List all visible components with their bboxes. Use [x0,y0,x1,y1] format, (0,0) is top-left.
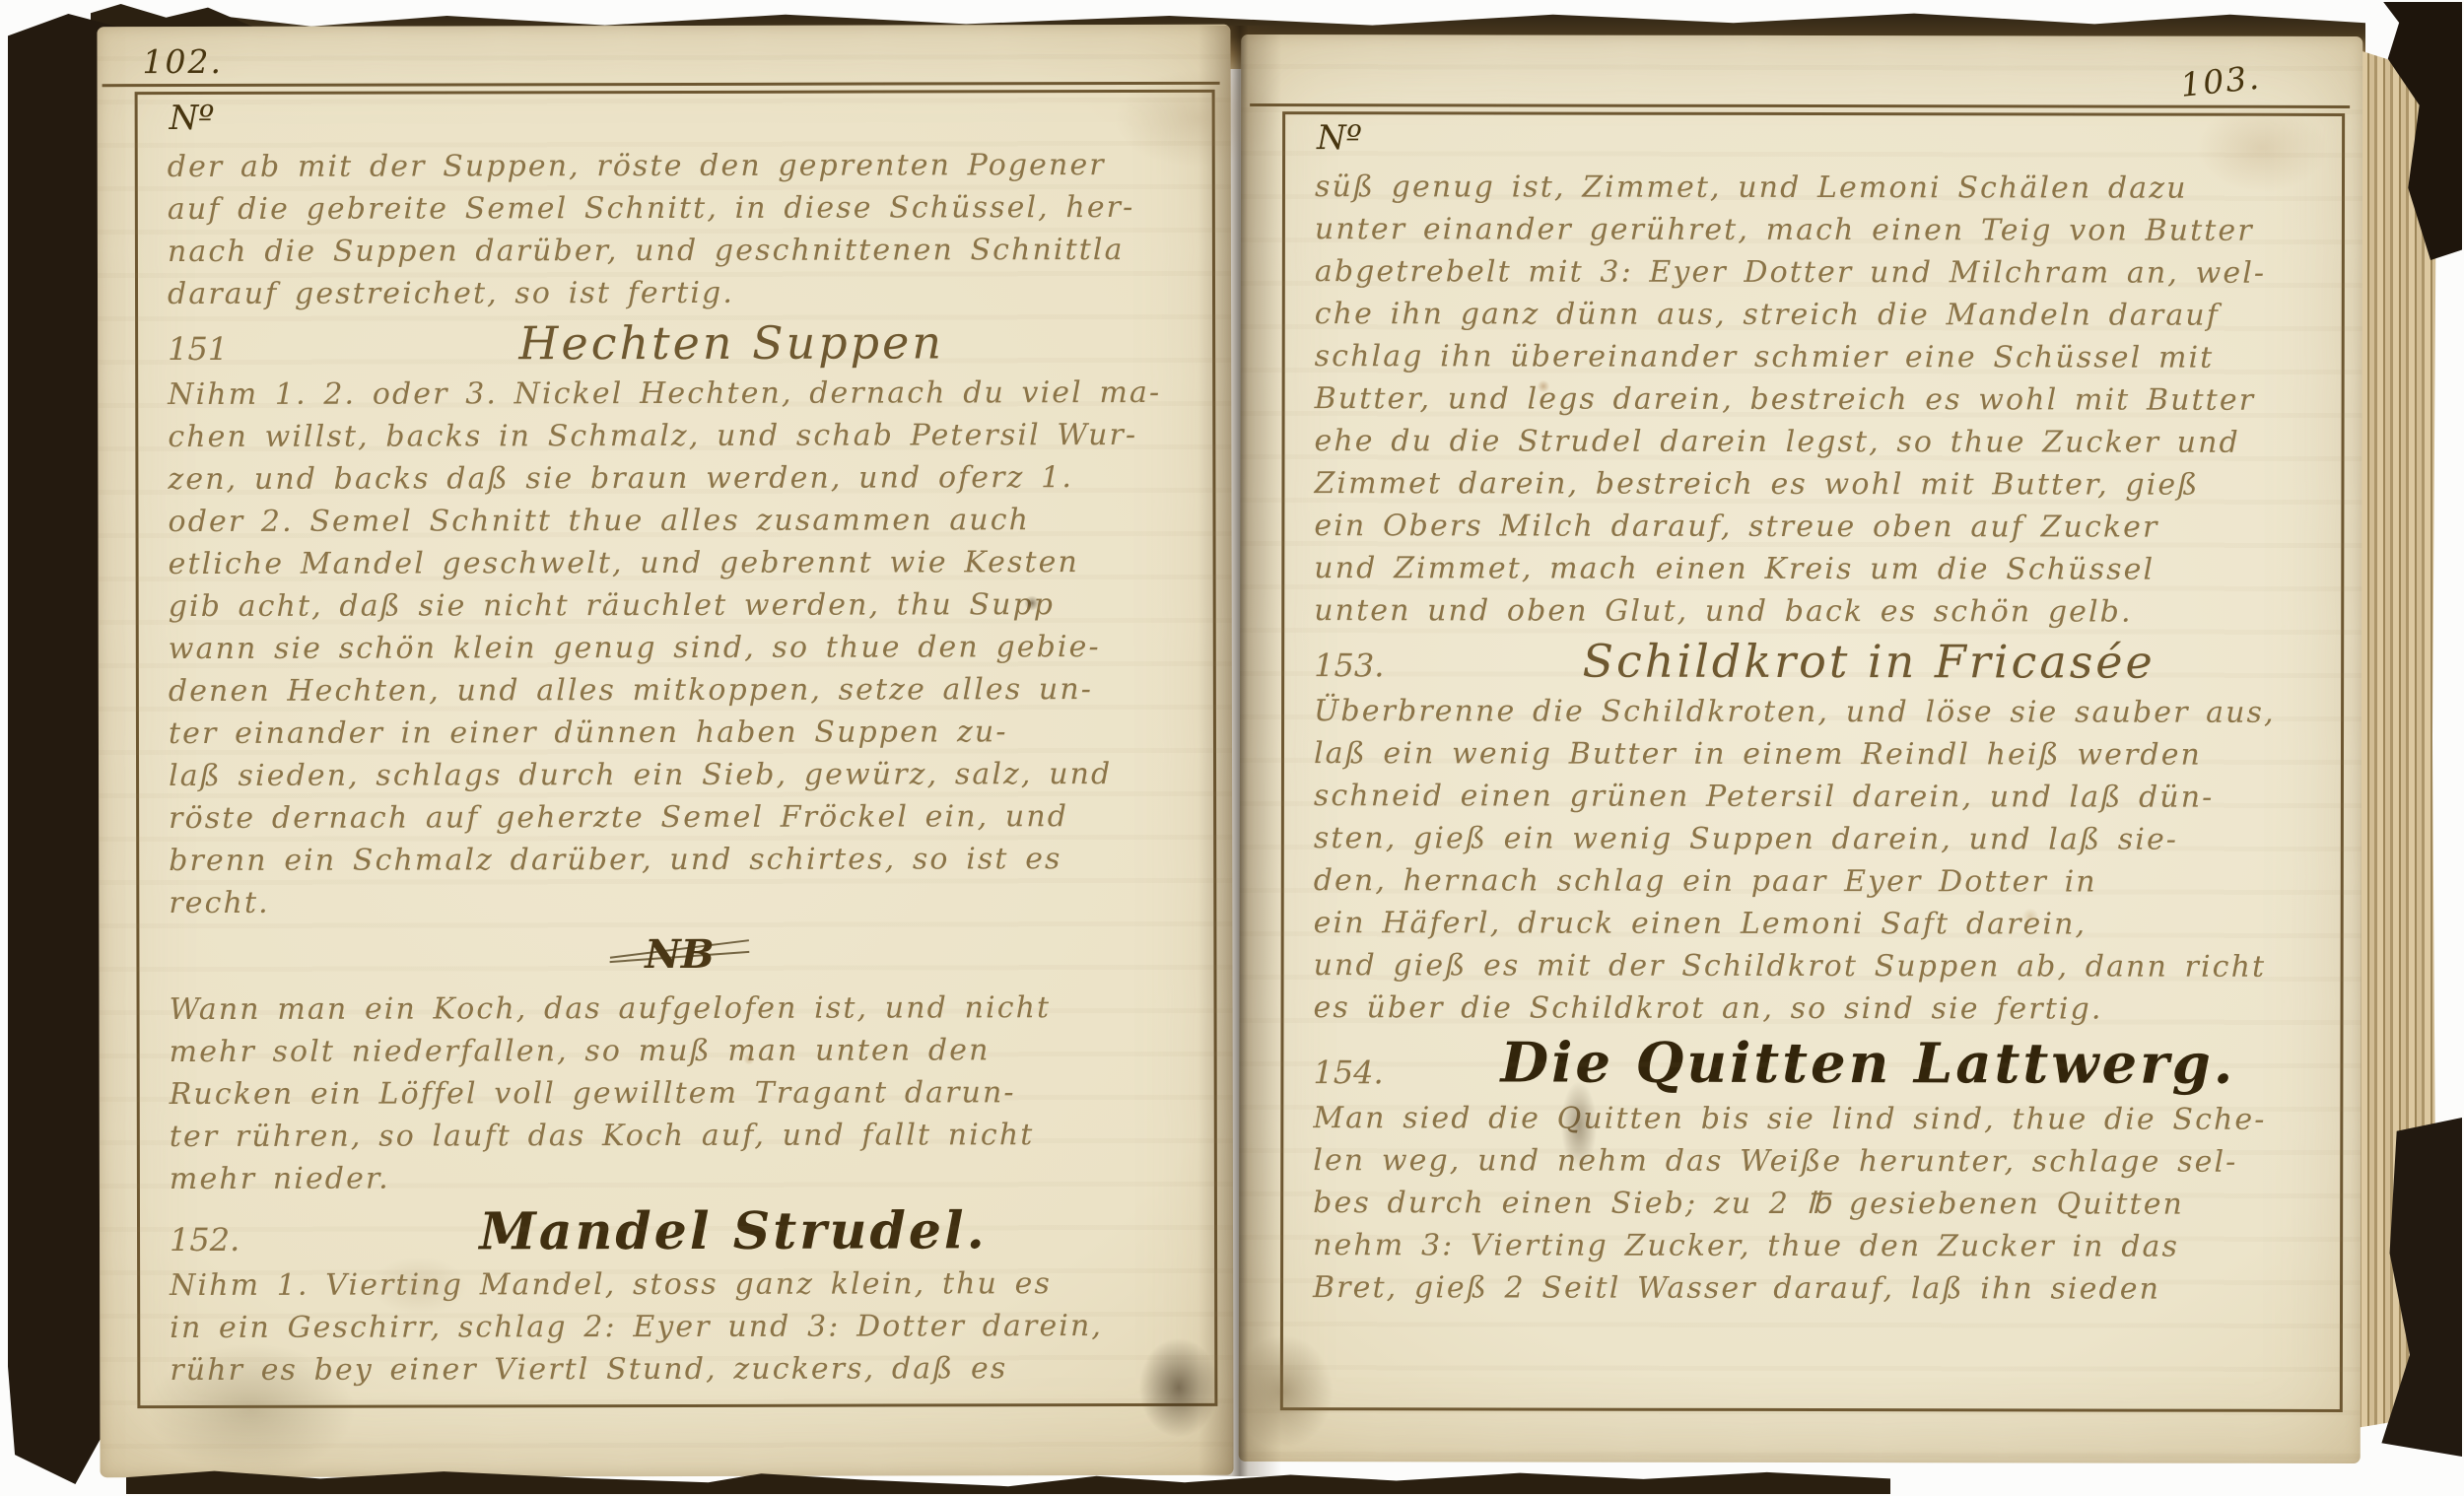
manuscript-line: wann sie schön klein genug sind, so thue… [169,626,1190,670]
right-page-content: Nº süß genug ist, Zimmet, und Lemoni Sch… [1283,114,2342,1409]
manuscript-line: ehe du die Strudel darein legst, so thue… [1315,420,2318,464]
recipe-number: 153. [1314,646,1412,684]
recipe-section-row: 153.Schildkrot in Fricasée [1314,638,2317,686]
manuscript-line: darauf gestreichet, so ist fertig. [168,271,1189,315]
left-page: 102. Nº der ab mit der Suppen, röste den… [97,25,1233,1477]
manuscript-book: 102. Nº der ab mit der Suppen, röste den… [0,0,2464,1496]
manuscript-line: Wann man ein Koch, das aufgelofen ist, u… [170,986,1191,1031]
manuscript-line: süß genug ist, Zimmet, und Lemoni Schäle… [1315,166,2318,210]
nota-bene-row: NB [169,930,1190,979]
manuscript-line: nach die Suppen darüber, und geschnitten… [168,229,1189,273]
recipe-section-row: 154.Die Quitten Lattwerg. [1313,1035,2316,1093]
recipe-number: 152. [170,1221,268,1258]
recipe-number: 151 [168,330,266,368]
numero-label-right: Nº [1317,118,2318,166]
manuscript-paragraph: Man sied die Quitten bis sie lind sind, … [1313,1097,2316,1311]
manuscript-line: auf die gebreite Semel Schnitt, in diese… [168,186,1189,231]
photo-background: 102. Nº der ab mit der Suppen, röste den… [0,0,2464,1496]
numero-label-left: Nº [170,97,1189,144]
manuscript-line: brenn ein Schmalz darüber, und schirtes,… [169,838,1190,882]
manuscript-line: ein Obers Milch darauf, streue oben auf … [1314,505,2317,549]
manuscript-line: chen willst, backs in Schmalz, und schab… [168,414,1189,458]
manuscript-line: Rucken ein Löffel voll gewilltem Tragant… [170,1071,1191,1116]
manuscript-line: Bret, gieß 2 Seitl Wasser darauf, laß ih… [1313,1266,2316,1311]
manuscript-line: laß sieden, schlags durch ein Sieb, gewü… [169,753,1190,797]
manuscript-line: und gieß es mit der Schildkrot Suppen ab… [1314,944,2317,988]
manuscript-line: recht. [169,880,1190,924]
manuscript-line: Butter, und legs darein, bestreich es wo… [1315,377,2318,422]
manuscript-line: der ab mit der Suppen, röste den geprent… [168,144,1189,188]
recipe-title: Schildkrot in Fricasée [1420,638,2317,685]
recipe-title: Hechten Suppen [274,319,1189,368]
manuscript-line: unter einander gerühret, mach einen Teig… [1315,208,2318,252]
manuscript-line: gib acht, daß sie nicht räuchlet werden,… [169,583,1190,628]
manuscript-line: len weg, und nehm das Weiße herunter, sc… [1313,1139,2316,1184]
recipe-section-row: 152.Mandel Strudel. [170,1204,1191,1258]
recipe-title: Mandel Strudel. [276,1204,1191,1258]
right-page: 103. Nº süß genug ist, Zimmet, und Lemon… [1239,34,2363,1463]
manuscript-line: schlag ihn übereinander schmier eine Sch… [1315,335,2318,379]
manuscript-paragraph: Wann man ein Koch, das aufgelofen ist, u… [170,986,1191,1200]
manuscript-line: ter einander in einer dünnen haben Suppe… [169,711,1190,755]
right-page-ruled-frame: Nº süß genug ist, Zimmet, und Lemoni Sch… [1280,111,2345,1412]
manuscript-line: etliche Mandel geschwelt, und gebrennt w… [169,541,1190,585]
recipe-title: Die Quitten Lattwerg. [1419,1035,2316,1093]
manuscript-line: mehr nieder. [170,1156,1191,1200]
manuscript-line: denen Hechten, und alles mitkoppen, setz… [169,668,1190,713]
manuscript-paragraph: Nihm 1. Vierting Mandel, stoss ganz klei… [170,1262,1191,1392]
manuscript-line: unten und oben Glut, und back es schön g… [1314,589,2317,634]
manuscript-line: mehr solt niederfallen, so muß man unten… [170,1029,1191,1073]
manuscript-line: nehm 3: Vierting Zucker, thue den Zucker… [1313,1224,2316,1268]
manuscript-line: den, hernach schlag ein paar Eyer Dotter… [1314,859,2317,904]
manuscript-line: rühr es bey einer Viertl Stund, zuckers,… [170,1347,1191,1392]
manuscript-line: es über die Schildkrot an, so sind sie f… [1314,986,2317,1031]
left-page-ruled-frame: Nº der ab mit der Suppen, röste den gepr… [135,90,1218,1408]
manuscript-line: und Zimmet, mach einen Kreis um die Schü… [1314,547,2317,591]
manuscript-line: Man sied die Quitten bis sie lind sind, … [1313,1097,2316,1141]
recipe-section-row: 151Hechten Suppen [168,319,1189,368]
page-number-left: 102. [142,42,223,81]
manuscript-line: Zimmet darein, bestreich es wohl mit But… [1314,462,2317,507]
manuscript-line: ter rühren, so lauft das Koch auf, und f… [170,1114,1191,1158]
manuscript-line: oder 2. Semel Schnitt thue alles zusamme… [168,499,1189,543]
manuscript-line: Nihm 1. Vierting Mandel, stoss ganz klei… [170,1262,1191,1307]
manuscript-paragraph: der ab mit der Suppen, röste den geprent… [168,144,1189,315]
page-number-right: 103. [2178,58,2262,104]
manuscript-line: sten, gieß ein wenig Suppen darein, und … [1314,817,2317,861]
manuscript-line: in ein Geschirr, schlag 2: Eyer und 3: D… [170,1305,1191,1349]
manuscript-line: Überbrenne die Schildkroten, und löse si… [1314,690,2317,734]
manuscript-paragraph: Nihm 1. 2. oder 3. Nickel Hechten, derna… [168,372,1190,924]
nota-bene-label: NB [631,931,727,978]
manuscript-line: ein Häferl, druck einen Lemoni Saft dare… [1314,902,2317,946]
manuscript-line: Nihm 1. 2. oder 3. Nickel Hechten, derna… [168,372,1189,416]
manuscript-paragraph: süß genug ist, Zimmet, und Lemoni Schäle… [1314,166,2318,634]
manuscript-line: che ihn ganz dünn aus, streich die Mande… [1315,293,2318,337]
recipe-number: 154. [1313,1054,1411,1091]
manuscript-paragraph: Überbrenne die Schildkroten, und löse si… [1314,690,2318,1031]
manuscript-line: röste dernach auf geherzte Semel Fröckel… [169,795,1190,840]
manuscript-line: schneid einen grünen Petersil darein, un… [1314,775,2317,819]
manuscript-line: abgetrebelt mit 3: Eyer Dotter und Milch… [1315,250,2318,295]
manuscript-line: zen, und backs daß sie braun werden, und… [168,456,1189,501]
manuscript-line: laß ein wenig Butter in einem Reindl hei… [1314,732,2317,777]
manuscript-line: bes durch einen Sieb; zu 2 ℔ gesiebenen … [1313,1182,2316,1226]
left-page-content: Nº der ab mit der Suppen, röste den gepr… [138,93,1215,1405]
